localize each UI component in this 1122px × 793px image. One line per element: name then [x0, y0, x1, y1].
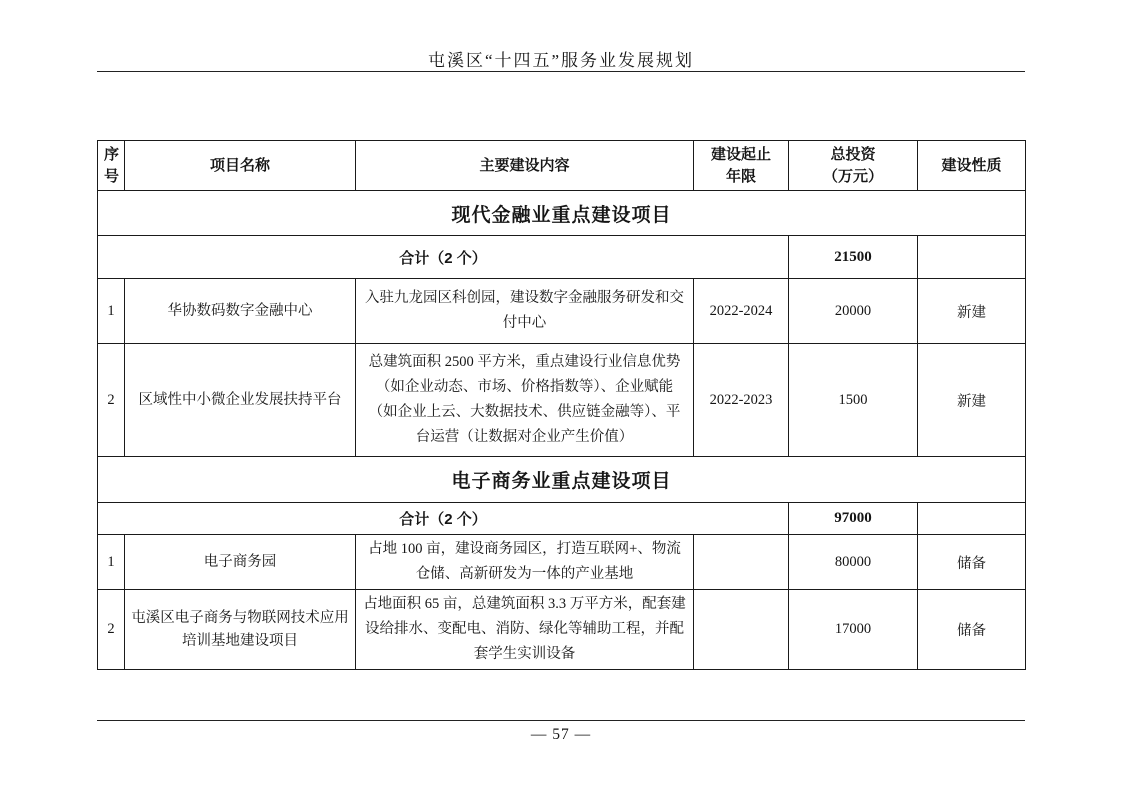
cell-project-name: 华协数码数字金融中心	[125, 279, 356, 344]
cell-investment: 1500	[789, 344, 918, 457]
cell-period: 2022-2023	[694, 344, 789, 457]
cell-nature: 储备	[918, 535, 1026, 590]
cell-serial-no: 1	[98, 279, 125, 344]
cell-period	[694, 535, 789, 590]
cell-serial-no: 2	[98, 344, 125, 457]
table-header-row: 序 号 项目名称 主要建设内容 建设起止 年限 总投资 （万元） 建设性质	[98, 141, 1026, 191]
section-header-row-ecommerce: 电子商务业重点建设项目	[98, 457, 1026, 503]
col-header-construction-period: 建设起止 年限	[694, 141, 789, 191]
col-header-serial-no: 序 号	[98, 141, 125, 191]
cell-nature: 储备	[918, 590, 1026, 670]
cell-project-name: 区域性中小微企业发展扶持平台	[125, 344, 356, 457]
key-projects-table: 序 号 项目名称 主要建设内容 建设起止 年限 总投资 （万元） 建设性质 现代…	[97, 140, 1026, 670]
document-page: 屯溪区“十四五”服务业发展规划 序 号 项目名称 主要建设内容 建设起止 年限 …	[0, 0, 1122, 793]
footer-divider	[97, 720, 1025, 721]
subtotal-investment: 97000	[789, 503, 918, 535]
cell-serial-no: 1	[98, 535, 125, 590]
cell-project-name: 电子商务园	[125, 535, 356, 590]
table-row: 1 电子商务园 占地 100 亩，建设商务园区，打造互联网+、物流仓储、高新研发…	[98, 535, 1026, 590]
table-row: 2 区域性中小微企业发展扶持平台 总建筑面积 2500 平方米，重点建设行业信息…	[98, 344, 1026, 457]
cell-project-name: 屯溪区电子商务与物联网技术应用培训基地建设项目	[125, 590, 356, 670]
section-header-row-finance: 现代金融业重点建设项目	[98, 191, 1026, 236]
col-header-construction-nature: 建设性质	[918, 141, 1026, 191]
table-row: 2 屯溪区电子商务与物联网技术应用培训基地建设项目 占地面积 65 亩，总建筑面…	[98, 590, 1026, 670]
col-header-main-content: 主要建设内容	[356, 141, 694, 191]
subtotal-label: 合计（2 个）	[98, 503, 789, 535]
page-number: — 57 —	[0, 726, 1122, 744]
cell-investment: 80000	[789, 535, 918, 590]
section-title-ecommerce: 电子商务业重点建设项目	[98, 457, 1026, 503]
subtotal-nature-empty	[918, 503, 1026, 535]
cell-nature: 新建	[918, 279, 1026, 344]
table-row: 1 华协数码数字金融中心 入驻九龙园区科创园，建设数字金融服务研发和交付中心 2…	[98, 279, 1026, 344]
cell-period: 2022-2024	[694, 279, 789, 344]
cell-main-content: 占地面积 65 亩，总建筑面积 3.3 万平方米，配套建设给排水、变配电、消防、…	[356, 590, 694, 670]
subtotal-label: 合计（2 个）	[98, 236, 789, 279]
subtotal-nature-empty	[918, 236, 1026, 279]
cell-main-content: 占地 100 亩，建设商务园区，打造互联网+、物流仓储、高新研发为一体的产业基地	[356, 535, 694, 590]
cell-main-content: 入驻九龙园区科创园，建设数字金融服务研发和交付中心	[356, 279, 694, 344]
cell-main-content: 总建筑面积 2500 平方米，重点建设行业信息优势（如企业动态、市场、价格指数等…	[356, 344, 694, 457]
subtotal-row-finance: 合计（2 个） 21500	[98, 236, 1026, 279]
subtotal-investment: 21500	[789, 236, 918, 279]
cell-investment: 17000	[789, 590, 918, 670]
cell-investment: 20000	[789, 279, 918, 344]
col-header-project-name: 项目名称	[125, 141, 356, 191]
cell-period	[694, 590, 789, 670]
document-header-title: 屯溪区“十四五”服务业发展规划	[0, 46, 1122, 71]
col-header-total-investment: 总投资 （万元）	[789, 141, 918, 191]
cell-serial-no: 2	[98, 590, 125, 670]
subtotal-row-ecommerce: 合计（2 个） 97000	[98, 503, 1026, 535]
header-divider	[97, 71, 1025, 72]
section-title-finance: 现代金融业重点建设项目	[98, 191, 1026, 236]
cell-nature: 新建	[918, 344, 1026, 457]
